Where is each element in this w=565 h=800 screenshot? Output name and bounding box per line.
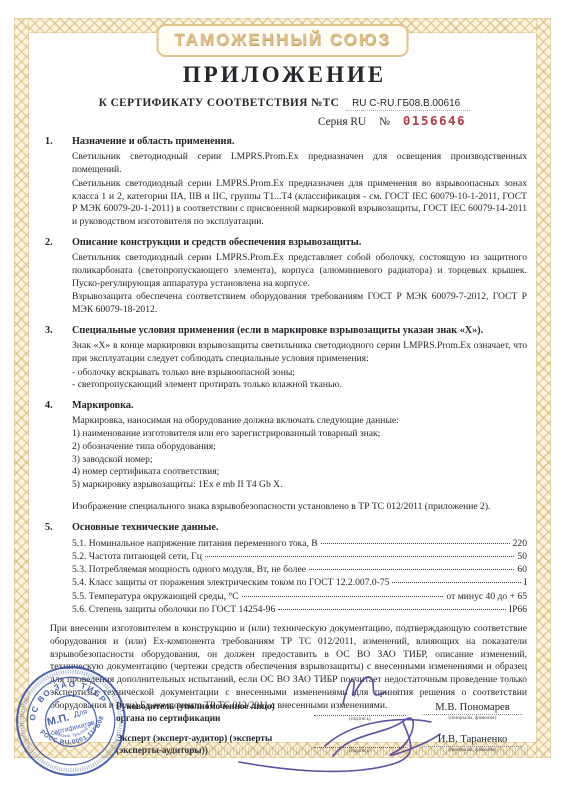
fine-print-line bbox=[140, 747, 528, 755]
page-title: ПРИЛОЖЕНИЕ bbox=[42, 62, 527, 88]
section-3: 3. Специальные условия применения (если … bbox=[42, 324, 527, 392]
section-heading: Специальные условия применения (если в м… bbox=[72, 324, 527, 337]
dotted-leader bbox=[242, 596, 444, 597]
customs-union-banner: ТАМОЖЕННЫЙ СОЮЗ bbox=[156, 24, 409, 57]
section-number: 1. bbox=[42, 135, 72, 148]
list-item: 5) маркировку взрывозащиты: 1Ex e mb II … bbox=[72, 479, 527, 492]
spec-value: 220 bbox=[513, 537, 527, 550]
frame-right-border bbox=[536, 18, 551, 758]
section-number: 2. bbox=[42, 236, 72, 249]
section-5: 5. Основные технические данные. 5.1. Ном… bbox=[42, 521, 527, 617]
document-body: ПРИЛОЖЕНИЕ К СЕРТИФИКАТУ СООТВЕТСТВИЯ №Т… bbox=[42, 60, 527, 712]
number-sign: № bbox=[379, 116, 390, 128]
spec-row: 5.3. Потребляемая мощность одного модуля… bbox=[42, 563, 527, 576]
spec-label: 5.6. Степень защиты оболочки по ГОСТ 142… bbox=[72, 603, 275, 616]
list-item: 2) обозначение типа оборудования; bbox=[72, 441, 527, 454]
list-item: - светопропускающий элемент протирать то… bbox=[72, 379, 527, 392]
spec-value: I bbox=[524, 576, 527, 589]
name-caption: (инициалы, фамилия) bbox=[422, 716, 523, 721]
section-heading: Назначение и область применения. bbox=[72, 135, 527, 148]
spec-label: 5.2. Частота питающей сети, Гц bbox=[72, 550, 202, 563]
spec-row: 5.2. Частота питающей сети, Гц 50 bbox=[42, 550, 527, 563]
dotted-leader bbox=[321, 543, 510, 544]
signer-name: И.В. Тараненко bbox=[422, 734, 523, 747]
paragraph: Изображение специального знака взрывобез… bbox=[72, 501, 527, 514]
signature-row-head: Руководитель (уполномоченное лицо) орган… bbox=[116, 702, 523, 725]
spec-row: 5.4. Класс защиты от поражения электриче… bbox=[42, 576, 527, 589]
spec-value: IP66 bbox=[509, 603, 527, 616]
spec-value: 60 bbox=[517, 563, 527, 576]
signer-role: Руководитель (уполномоченное лицо) орган… bbox=[116, 702, 298, 725]
paragraph: Светильник светодиодный серии LMPRS.Prom… bbox=[72, 178, 527, 229]
section-4: 4. Маркировка. Маркировка, наносимая на … bbox=[42, 399, 527, 514]
spec-row: 5.6. Степень защиты оболочки по ГОСТ 142… bbox=[42, 603, 527, 616]
section-heading: Маркировка. bbox=[72, 399, 527, 412]
spec-label: 5.4. Класс защиты от поражения электриче… bbox=[72, 576, 389, 589]
spec-row: 5.5. Температура окружающей среды, °С от… bbox=[42, 590, 527, 603]
serial-number: 0156646 bbox=[403, 113, 466, 128]
paragraph: Светильник светодиодный серии LMPRS.Prom… bbox=[72, 151, 527, 177]
dotted-leader bbox=[309, 569, 514, 570]
certificate-number: RU C-RU.ГБ08.В.00616 bbox=[346, 98, 470, 111]
signature-block: Руководитель (уполномоченное лицо) орган… bbox=[116, 702, 523, 766]
dotted-leader bbox=[392, 582, 520, 583]
stamp-dlya: Для bbox=[73, 707, 88, 719]
list-item: - оболочку вскрывать только вне взрывооп… bbox=[72, 367, 527, 380]
paragraph: Взрывозащита обеспечена соответствием об… bbox=[72, 291, 527, 317]
section-2: 2. Описание конструкции и средств обеспе… bbox=[42, 236, 527, 317]
spec-label: 5.1. Номинальное напряжение питания пере… bbox=[72, 537, 318, 550]
series-line: Серия RU № 0156646 bbox=[42, 113, 527, 128]
spec-value: 50 bbox=[517, 550, 527, 563]
paragraph: Светильник светодиодный серии LMPRS.Prom… bbox=[72, 252, 527, 290]
spec-value: от минус 40 до + 65 bbox=[446, 590, 527, 603]
list-item: 1) наименование изготовителя или его зар… bbox=[72, 428, 527, 441]
list-item: 4) номер сертификата соответствия; bbox=[72, 466, 527, 479]
certificate-label: К СЕРТИФИКАТУ СООТВЕТСТВИЯ №ТС bbox=[99, 97, 339, 109]
section-1: 1. Назначение и область применения. Свет… bbox=[42, 135, 527, 229]
spec-row: 5.1. Номинальное напряжение питания пере… bbox=[42, 537, 527, 550]
signer-name: М.В. Пономарев bbox=[422, 702, 523, 715]
paragraph: Знак «Х» в конце маркировки взрывозащиты… bbox=[72, 340, 527, 366]
section-number: 5. bbox=[42, 521, 72, 534]
list-item: 3) заводской номер; bbox=[72, 454, 527, 467]
section-heading: Описание конструкции и средств обеспечен… bbox=[72, 236, 527, 249]
spec-label: 5.5. Температура окружающей среды, °С bbox=[72, 590, 239, 603]
frame-left-border bbox=[14, 18, 29, 758]
stamp-microtext-ring bbox=[11, 661, 131, 781]
section-number: 3. bbox=[42, 324, 72, 337]
paragraph: Маркировка, наносимая на оборудование до… bbox=[72, 415, 527, 428]
dotted-leader bbox=[205, 556, 515, 557]
signature-line bbox=[314, 712, 406, 716]
section-number: 4. bbox=[42, 399, 72, 412]
series-label: Серия RU bbox=[318, 116, 366, 128]
certificate-line: К СЕРТИФИКАТУ СООТВЕТСТВИЯ №ТС RU C-RU.Г… bbox=[42, 97, 527, 109]
dotted-leader bbox=[278, 609, 506, 610]
section-heading: Основные технические данные. bbox=[72, 521, 527, 534]
spec-label: 5.3. Потребляемая мощность одного модуля… bbox=[72, 563, 306, 576]
signature-caption: (подпись) bbox=[314, 717, 406, 722]
